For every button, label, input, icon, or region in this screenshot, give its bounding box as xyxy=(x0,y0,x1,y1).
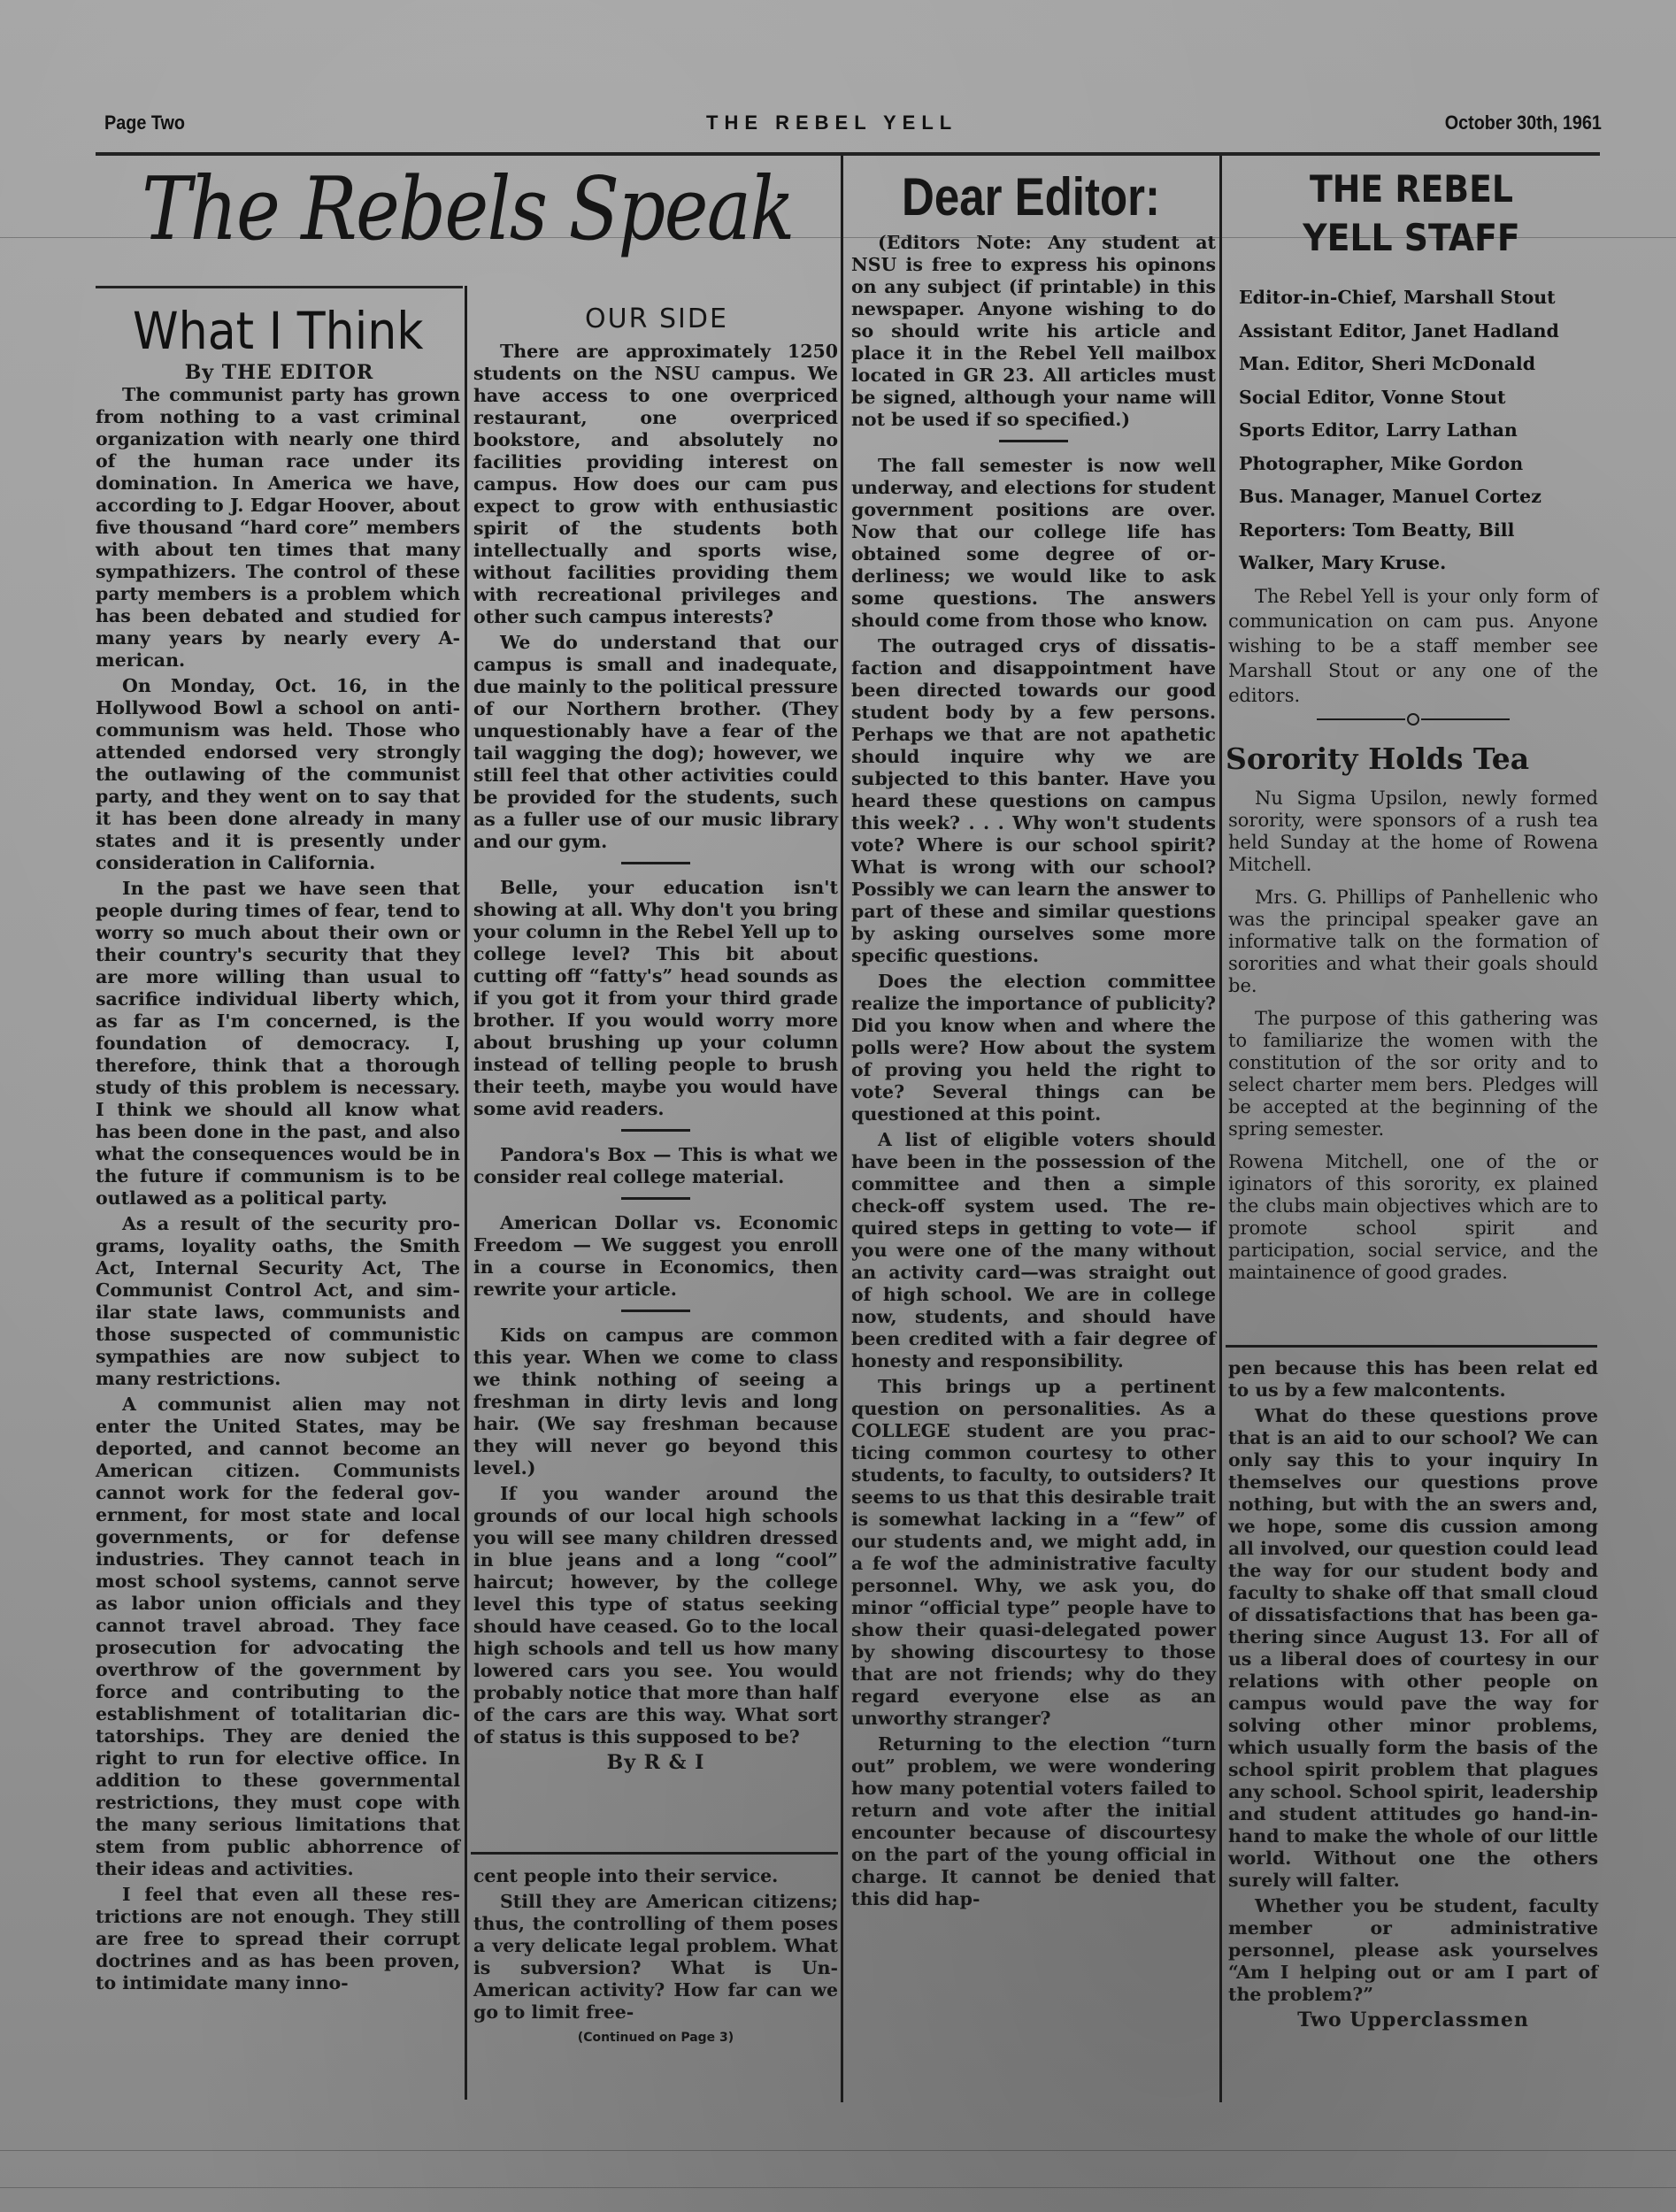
paragraph: We do understand that our campus is smal… xyxy=(473,632,838,853)
paragraph: The outraged crys of dissatis­faction an… xyxy=(851,635,1216,967)
separator-rule xyxy=(999,440,1068,442)
article-continuation-what-i-think: cent people into their service. Still th… xyxy=(473,1865,838,2049)
staff-entry: Photographer, Mike Gordon xyxy=(1239,448,1602,481)
section-title: The Rebels Speak xyxy=(142,159,794,260)
article-continuation-dear-editor: pen because this has been relat ed to us… xyxy=(1228,1357,1598,2035)
article-title-our-side: OUR SIDE xyxy=(471,303,842,334)
page-label: Page Two xyxy=(104,111,185,134)
issue-date: October 30th, 1961 xyxy=(1445,111,1602,134)
paragraph: The communist party has grown from nothi… xyxy=(96,384,460,672)
column-divider xyxy=(1219,156,1222,2102)
paragraph: A list of eligible voters should have be… xyxy=(851,1129,1216,1372)
paragraph: The fall semester is now well underway, … xyxy=(851,455,1216,632)
paragraph: Returning to the election “turn out” pro… xyxy=(851,1733,1216,1910)
article-title-what-i-think: What I Think xyxy=(133,301,424,361)
staff-entry: Walker, Mary Kruse. xyxy=(1239,547,1602,580)
masthead: Page Two THE REBEL YELL October 30th, 19… xyxy=(104,111,1602,138)
article-title-dear-editor: Dear Editor: xyxy=(873,166,1189,227)
article-title-sorority: Sorority Holds Tea xyxy=(1226,741,1529,776)
staff-note: The Rebel Yell is your only form of comm… xyxy=(1228,584,1598,734)
paragraph: The Rebel Yell is your only form of comm… xyxy=(1228,584,1598,708)
editors-note: (Editors Note: Any student at NSU is fre… xyxy=(851,232,1216,431)
staff-list: Editor-in-Chief, Marshall Stout Assistan… xyxy=(1239,281,1602,580)
paragraph: Still they are American cit­izens; thus,… xyxy=(473,1891,838,2024)
paragraph: Pandora's Box — This is what we consider… xyxy=(473,1144,838,1188)
continued-note[interactable]: (Continued on Page 3) xyxy=(473,2027,838,2049)
column-divider xyxy=(841,156,843,2102)
paragraph: Does the election committee realize the … xyxy=(851,971,1216,1125)
paragraph: Mrs. G. Phillips of Panhellenic who was … xyxy=(1228,887,1598,997)
staff-entry: Sports Editor, Larry Lathan xyxy=(1239,414,1602,448)
separator-rule xyxy=(621,862,690,864)
staff-entry: Assistant Editor, Janet Hadland xyxy=(1239,315,1602,349)
staff-entry: Bus. Manager, Manuel Cortez xyxy=(1239,480,1602,514)
section-divider xyxy=(1226,1345,1597,1348)
scan-line xyxy=(0,2187,1676,2188)
paragraph: On Monday, Oct. 16, in the Hollywood Bow… xyxy=(96,675,460,874)
paragraph: Nu Sigma Upsilon, newly formed sorority,… xyxy=(1228,787,1598,876)
paragraph: pen because this has been relat ed to us… xyxy=(1228,1357,1598,1402)
column-divider xyxy=(465,286,467,2100)
staff-box-title: THE REBEL YELL STAFF xyxy=(1244,165,1579,262)
ornament-rule xyxy=(1228,713,1598,726)
staff-entry: Editor-in-Chief, Marshall Stout xyxy=(1239,281,1602,315)
paper-name: THE REBEL YELL xyxy=(706,111,957,134)
article-body-what-i-think: The communist party has grown from nothi… xyxy=(96,384,460,1998)
paragraph: Belle, your education isn't showing at a… xyxy=(473,877,838,1120)
paragraph: A communist alien may not enter the Unit… xyxy=(96,1394,460,1880)
paragraph: If you wander around the grounds of our … xyxy=(473,1483,838,1748)
section-divider xyxy=(471,1852,838,1855)
article-body-sorority: Nu Sigma Upsilon, newly formed sorority,… xyxy=(1228,787,1598,1287)
paragraph: cent people into their service. xyxy=(473,1865,838,1887)
staff-entry: Social Editor, Vonne Stout xyxy=(1239,381,1602,415)
paragraph: American Dollar vs. Economic Freedom — W… xyxy=(473,1212,838,1301)
article-body-dear-editor: (Editors Note: Any student at NSU is fre… xyxy=(851,232,1216,1914)
staff-title-line: YELL STAFF xyxy=(1244,213,1579,262)
paragraph: In the past we have seen that people dur… xyxy=(96,878,460,1210)
paragraph: As a result of the security pro­grams, l… xyxy=(96,1213,460,1390)
signoff: Two Upperclassmen xyxy=(1228,2009,1598,2032)
paragraph: I feel that even all these res­trictions… xyxy=(96,1884,460,1994)
signoff: By R & I xyxy=(473,1752,838,1774)
article-body-our-side: There are approximately 1250 students on… xyxy=(473,341,838,1778)
title-rule xyxy=(96,286,463,288)
newspaper-page: Page Two THE REBEL YELL October 30th, 19… xyxy=(0,0,1676,2212)
paragraph: This brings up a pertinent question on p… xyxy=(851,1376,1216,1730)
separator-rule xyxy=(621,1129,690,1132)
masthead-rule xyxy=(96,152,1600,156)
paragraph: What do these questions prove that is an… xyxy=(1228,1405,1598,1892)
byline: By THE EDITOR xyxy=(96,361,463,384)
separator-rule xyxy=(621,1197,690,1200)
staff-title-line: THE REBEL xyxy=(1244,165,1579,213)
paragraph: The purpose of this gathering was to fam… xyxy=(1228,1008,1598,1141)
paragraph: Kids on campus are common this year. Whe… xyxy=(473,1325,838,1479)
paragraph: Whether you be student, fac­ulty member … xyxy=(1228,1895,1598,2006)
staff-entry: Reporters: Tom Beatty, Bill xyxy=(1239,514,1602,548)
paragraph: There are approximately 1250 students on… xyxy=(473,341,838,628)
paragraph: Rowena Mitchell, one of the or iginators… xyxy=(1228,1151,1598,1284)
scan-line xyxy=(0,2150,1676,2151)
separator-rule xyxy=(621,1310,690,1312)
staff-entry: Man. Editor, Sheri McDonald xyxy=(1239,348,1602,381)
